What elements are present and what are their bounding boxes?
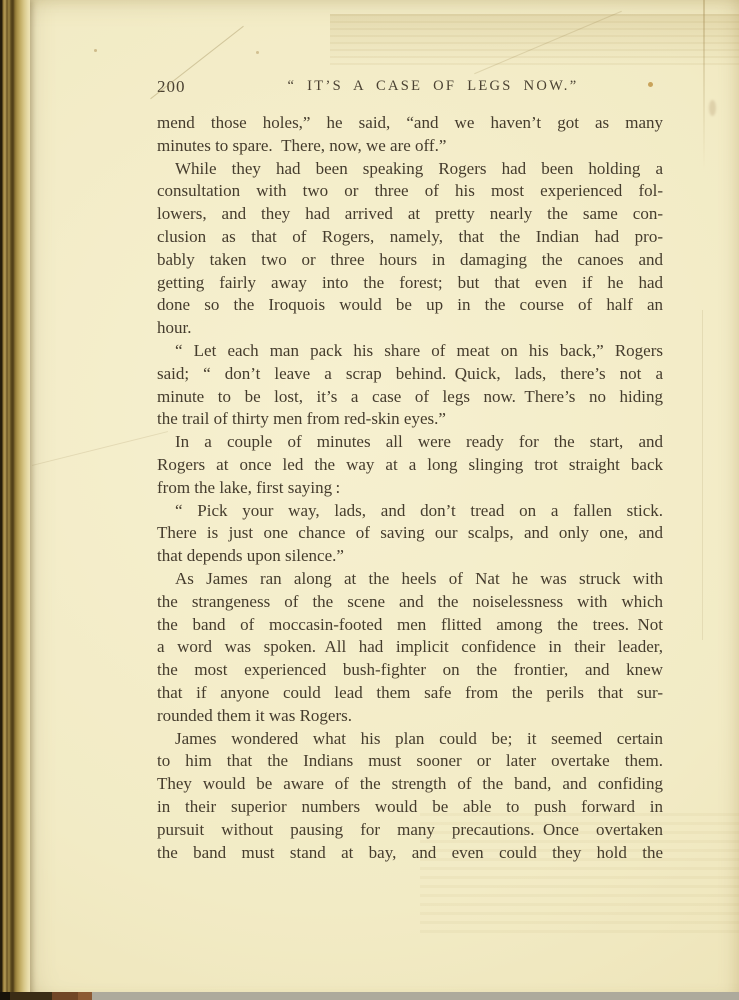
text-line: In a couple of minutes all were ready fo… xyxy=(157,431,663,454)
text-line: There is just one chance of saving our s… xyxy=(157,522,663,545)
text-line: in their superior numbers would be able … xyxy=(157,796,663,819)
paper-crease xyxy=(474,11,622,74)
paper-crease xyxy=(32,431,168,466)
text-line: from the lake, first saying : xyxy=(157,477,663,500)
text-line: said; “ don’t leave a scrap behind. Quic… xyxy=(157,363,663,386)
text-line: the strangeness of the scene and the noi… xyxy=(157,591,663,614)
foxing-speck xyxy=(94,49,97,52)
text-line: Rogers at once led the way at a long sli… xyxy=(157,454,663,477)
text-line: hour. xyxy=(157,317,663,340)
text-line: “ Let each man pack his share of meat on… xyxy=(157,340,663,363)
text-line: They would be aware of the strength of t… xyxy=(157,773,663,796)
text-line: pursuit without pausing for many precaut… xyxy=(157,819,663,842)
text-line: that if anyone could lead them safe from… xyxy=(157,682,663,705)
text-line: clusion as that of Rogers, namely, that … xyxy=(157,226,663,249)
text-line: the band must stand at bay, and even cou… xyxy=(157,842,663,865)
text-line: While they had been speaking Rogers had … xyxy=(157,158,663,181)
text-line: the most experienced bush-fighter on the… xyxy=(157,659,663,682)
text-line: James wondered what his plan could be; i… xyxy=(157,728,663,751)
text-line: to him that the Indians must sooner or l… xyxy=(157,750,663,773)
scanned-book-page: 200 “ IT’S A CASE OF LEGS NOW.” mend tho… xyxy=(0,0,739,1000)
text-line: done so the Iroquois would be up in the … xyxy=(157,294,663,317)
paper-crease xyxy=(702,310,703,640)
text-block: mend those holes,” he said, “and we have… xyxy=(157,112,663,864)
page-header: 200 “ IT’S A CASE OF LEGS NOW.” xyxy=(157,76,663,100)
text-line: bably taken two or three hours in damagi… xyxy=(157,249,663,272)
text-line: the band of moccasin-footed men flitted … xyxy=(157,614,663,637)
text-line: a word was spoken. All had implicit conf… xyxy=(157,636,663,659)
book-page: 200 “ IT’S A CASE OF LEGS NOW.” mend tho… xyxy=(0,0,739,993)
text-line: minute to be lost, it’s a case of legs n… xyxy=(157,386,663,409)
text-line: lowers, and they had arrived at pretty n… xyxy=(157,203,663,226)
page-top-shadow xyxy=(330,14,739,66)
text-line: that depends upon silence.” xyxy=(157,545,663,568)
paper-smudge xyxy=(709,100,716,116)
foxing-speck xyxy=(256,51,259,54)
text-line: consultation with two or three of his mo… xyxy=(157,180,663,203)
text-line: minutes to spare. There, now, we are off… xyxy=(157,135,663,158)
scanner-bed-edge xyxy=(0,992,739,1000)
running-title: “ IT’S A CASE OF LEGS NOW.” xyxy=(180,78,686,95)
page-edge-line xyxy=(703,0,705,170)
text-line: “ Pick your way, lads, and don’t tread o… xyxy=(157,500,663,523)
text-line: getting fairly away into the forest; but… xyxy=(157,272,663,295)
text-line: As James ran along at the heels of Nat h… xyxy=(157,568,663,591)
text-line: rounded them it was Rogers. xyxy=(157,705,663,728)
text-line: the trail of thirty men from red-skin ey… xyxy=(157,408,663,431)
book-spine-page-edges xyxy=(0,0,30,1000)
text-line: mend those holes,” he said, “and we have… xyxy=(157,112,663,135)
